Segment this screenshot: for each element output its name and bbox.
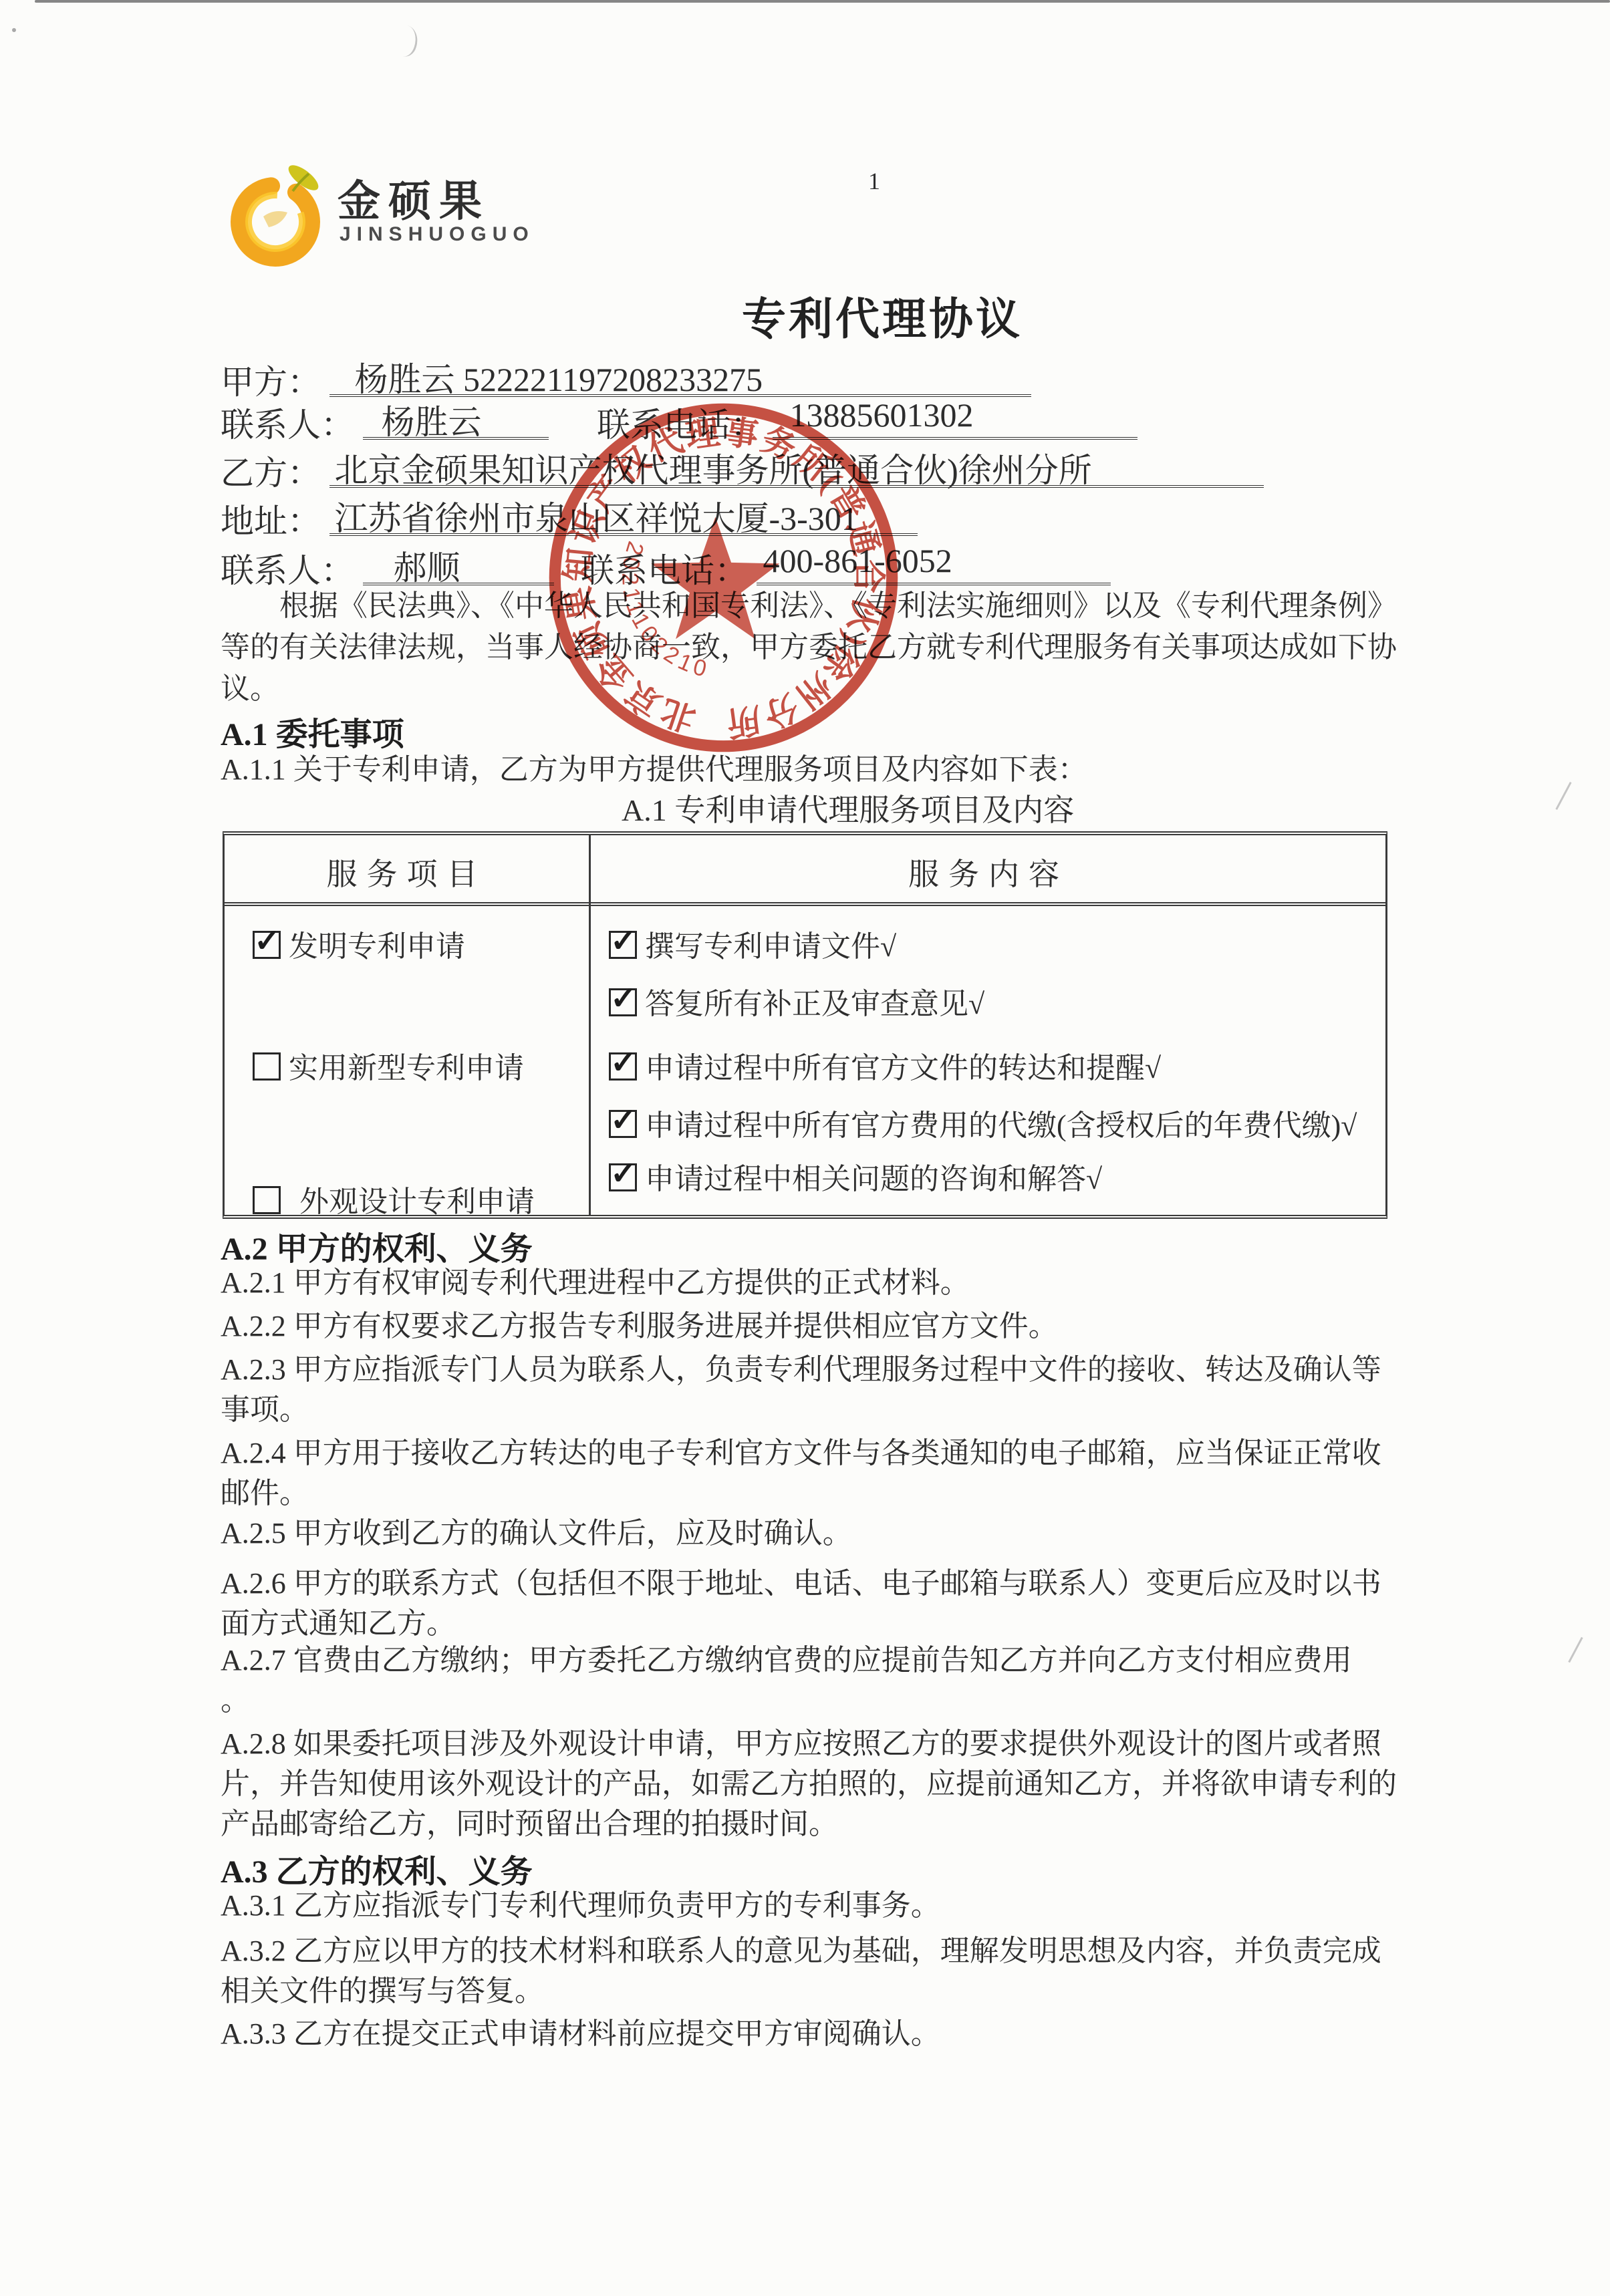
clause-line: A.3.2 乙方应以甲方的技术材料和联系人的意见为基础，理解发明思想及内容，并负… — [221, 1931, 1381, 1971]
clause-a33: A.3.3 乙方在提交正式申请材料前应提交甲方审阅确认。 — [221, 2014, 940, 2054]
party-b-label: 乙方： — [221, 446, 321, 488]
clause-a21: A.2.1 甲方有权审阅专利代理进程中乙方提供的正式材料。 — [221, 1263, 970, 1303]
checkbox-unchecked-icon — [253, 1052, 281, 1081]
service-table: 服务项目 服务内容 发明专利申请 实用新型专利申请 外观设计专利申请 撰写专利申… — [223, 831, 1387, 1219]
clause-a22: A.2.2 甲方有权要求乙方报告专利服务进展并提供相应官方文件。 — [221, 1306, 1058, 1346]
clause-line: A.3.3 乙方在提交正式申请材料前应提交甲方审阅确认。 — [221, 2014, 940, 2054]
content-label: 撰写专利申请文件√ — [645, 930, 896, 963]
preamble-line: 议。 — [221, 669, 279, 709]
section-a2-heading: A.2 甲方的权利、义务 — [221, 1223, 533, 1269]
clause-line: A.2.2 甲方有权要求乙方报告专利服务进展并提供相应官方文件。 — [221, 1306, 1058, 1346]
scan-squiggle — [389, 22, 422, 59]
company-logo-icon — [221, 159, 338, 269]
contact-a-value: 杨胜云 — [363, 396, 549, 440]
checkbox-unchecked-icon — [253, 1186, 281, 1214]
address-label: 地址： — [221, 494, 321, 536]
scan-edge-line — [35, 0, 1610, 3]
content-label: 申请过程中相关问题的咨询和解答√ — [645, 1163, 1102, 1195]
party-a-label: 甲方： — [221, 355, 321, 397]
content-label: 申请过程中所有官方费用的代缴(含授权后的年费代缴)√ — [645, 1109, 1357, 1142]
table-caption: A.1 专利申请代理服务项目及内容 — [622, 786, 1074, 830]
contact-b-value: 郝顺 — [363, 541, 554, 585]
clause-line: A.2.4 甲方用于接收乙方转达的电子专利官方文件与各类通知的电子邮箱，应当保证… — [221, 1433, 1381, 1473]
table-row-content: 申请过程中所有官方费用的代缴(含授权后的年费代缴)√ — [609, 1101, 1357, 1144]
scan-slash — [1568, 1637, 1583, 1663]
section-a1-heading: A.1 委托事项 — [221, 708, 404, 754]
scan-slash — [1555, 782, 1571, 810]
clause-line: 面方式通知乙方。 — [221, 1604, 1381, 1644]
table-header-content: 服务内容 — [591, 850, 1386, 894]
checkbox-checked-icon — [609, 1163, 637, 1191]
company-logo-name: 金硕果 — [338, 167, 490, 229]
table-header-separator — [225, 902, 1385, 906]
page-number: 1 — [847, 167, 901, 195]
checkbox-checked-icon — [609, 988, 637, 1016]
clause-a25: A.2.5 甲方收到乙方的确认文件后，应及时确认。 — [221, 1514, 852, 1554]
content-label: 申请过程中所有官方文件的转达和提醒√ — [645, 1052, 1161, 1085]
scan-dot — [12, 28, 16, 32]
company-seal: 北京金硕果知识产权代理事务所(普通合伙)徐州分所 2021110221000 — [535, 389, 912, 766]
clause-a24: A.2.4 甲方用于接收乙方转达的电子专利官方文件与各类通知的电子邮箱，应当保证… — [221, 1433, 1381, 1514]
contact-b-label: 联系人： — [221, 544, 354, 585]
checkbox-checked-icon — [609, 1052, 637, 1081]
clause-a27: A.2.7 官费由乙方缴纳；甲方委托乙方缴纳官费的应提前告知乙方并向乙方支付相应… — [221, 1640, 1352, 1721]
clause-line: 片，并告知使用该外观设计的产品，如需乙方拍照的，应提前通知乙方，并将欲申请专利的 — [221, 1764, 1397, 1804]
clause-a28: A.2.8 如果委托项目涉及外观设计申请，甲方应按照乙方的要求提供外观设计的图片… — [221, 1724, 1397, 1844]
clause-line: A.2.3 甲方应指派专门人员为联系人，负责专利代理服务过程中文件的接收、转达及… — [221, 1350, 1381, 1390]
project-label: 发明专利申请 — [289, 930, 465, 963]
contact-a-label: 联系人： — [221, 398, 354, 440]
clause-line: 。 — [221, 1681, 1352, 1721]
clause-a23: A.2.3 甲方应指派专门人员为联系人，负责专利代理服务过程中文件的接收、转达及… — [221, 1350, 1381, 1430]
clause-a31: A.3.1 乙方应指派专门专利代理师负责甲方的专利事务。 — [221, 1886, 940, 1926]
table-row-project: 发明专利申请 — [253, 922, 465, 965]
checkbox-checked-icon — [609, 931, 637, 959]
clause-line: A.2.6 甲方的联系方式（包括但不限于地址、电话、电子邮箱与联系人）变更后应及… — [221, 1564, 1381, 1604]
table-row-content: 撰写专利申请文件√ — [609, 922, 896, 965]
clause-line: A.2.8 如果委托项目涉及外观设计申请，甲方应按照乙方的要求提供外观设计的图片… — [221, 1724, 1397, 1764]
table-row-content: 申请过程中所有官方文件的转达和提醒√ — [609, 1044, 1161, 1087]
clause-line: A.2.5 甲方收到乙方的确认文件后，应及时确认。 — [221, 1514, 852, 1554]
project-label: 实用新型专利申请 — [289, 1052, 524, 1085]
clause-line: A.3.1 乙方应指派专门专利代理师负责甲方的专利事务。 — [221, 1886, 940, 1926]
table-row-content: 答复所有补正及审查意见√ — [609, 980, 984, 1022]
clause-line: 相关文件的撰写与答复。 — [221, 1971, 1381, 2011]
table-row-content: 申请过程中相关问题的咨询和解答√ — [609, 1155, 1102, 1197]
section-a3-heading: A.3 乙方的权利、义务 — [221, 1846, 533, 1892]
document-title: 专利代理协议 — [297, 283, 1467, 347]
content-label: 答复所有补正及审查意见√ — [645, 988, 984, 1020]
table-row-project: 外观设计专利申请 — [253, 1177, 535, 1220]
table-row-project: 实用新型专利申请 — [253, 1044, 524, 1087]
clause-line: 事项。 — [221, 1390, 1381, 1430]
checkbox-checked-icon — [253, 931, 281, 959]
company-logo-latin: JINSHUOGUO — [340, 223, 535, 246]
clause-line: A.2.1 甲方有权审阅专利代理进程中乙方提供的正式材料。 — [221, 1263, 970, 1303]
clause-a32: A.3.2 乙方应以甲方的技术材料和联系人的意见为基础，理解发明思想及内容，并负… — [221, 1931, 1381, 2011]
clause-line: 产品邮寄给乙方，同时预留出合理的拍摄时间。 — [221, 1804, 1397, 1844]
checkbox-checked-icon — [609, 1110, 637, 1138]
seal-star-icon — [651, 517, 779, 639]
table-header-project: 服务项目 — [225, 850, 589, 894]
clause-line: 邮件。 — [221, 1473, 1381, 1514]
document-page: 金硕果 JINSHUOGUO 1 专利代理协议 甲方： 杨胜云 52222119… — [0, 0, 1610, 2296]
clause-a26: A.2.6 甲方的联系方式（包括但不限于地址、电话、电子邮箱与联系人）变更后应及… — [221, 1564, 1381, 1644]
clause-line: A.2.7 官费由乙方缴纳；甲方委托乙方缴纳官费的应提前告知乙方并向乙方支付相应… — [221, 1640, 1352, 1681]
project-label: 外观设计专利申请 — [299, 1185, 535, 1218]
